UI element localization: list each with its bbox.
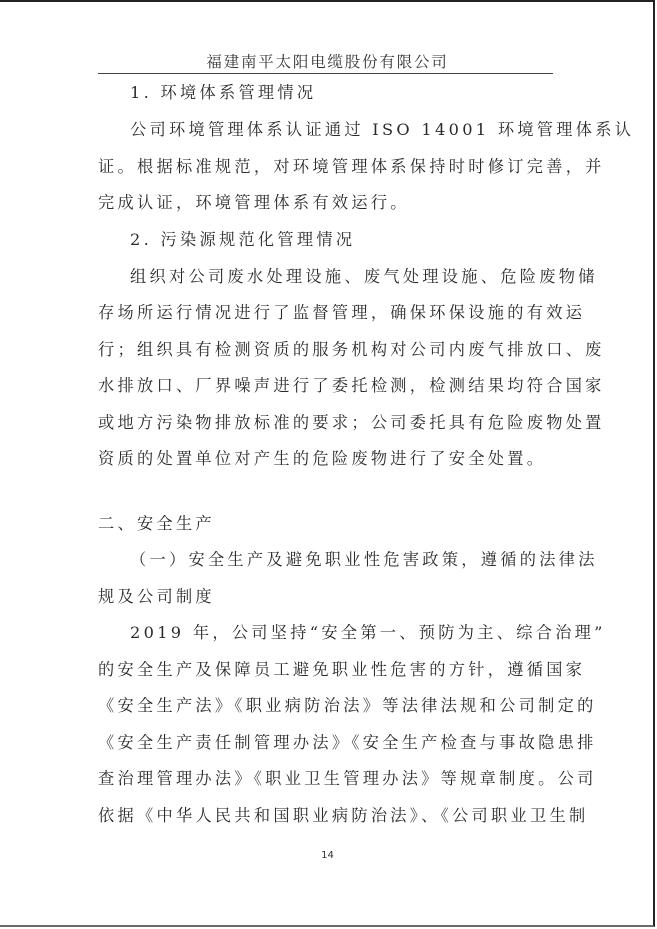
paragraph-line: 证。根据标准规范，对环境管理体系保持时时修订完善，并 [98,156,554,178]
paragraph-line: 依据《中华人民共和国职业病防治法》、《公司职业卫生制 [98,805,554,827]
paragraph-line: 存场所运行情况进行了监督管理，确保环保设施的有效运 [98,302,554,324]
subheading-safety-policy: （一）安全生产及避免职业性危害政策，遵循的法律法 [130,549,586,571]
running-header-company-name: 福建南平太阳电缆股份有限公司 [0,50,655,72]
paragraph-line: 《安全生产责任制管理办法》《安全生产检查与事故隐患排 [98,732,554,754]
paragraph-line: 或地方污染物排放标准的要求；公司委托具有危险废物处置 [98,412,554,434]
subheading-pollution-source: 2. 污染源规范化管理情况 [130,229,586,251]
paragraph-line: 水排放口、厂界噪声进行了委托检测，检测结果均符合国家 [98,375,554,397]
paragraph-line: 查治理管理办法》《职业卫生管理办法》等规章制度。公司 [98,768,554,790]
paragraph-line: 的安全生产及保障员工避免职业性危害的方针，遵循国家 [98,659,554,681]
page-number: 14 [0,850,655,861]
paragraph-line: 2019 年，公司坚持“安全第一、预防为主、综合治理” [130,622,586,644]
paragraph-line: 公司环境管理体系认证通过 ISO 14001 环境管理体系认 [130,119,586,141]
paragraph-line: 《安全生产法》《职业病防治法》等法律法规和公司制定的 [98,695,554,717]
subheading-safety-policy-cont: 规及公司制度 [98,586,554,608]
subheading-environment-system: 1. 环境体系管理情况 [130,82,586,104]
header-divider [98,73,553,74]
paragraph-line: 行；组织具有检测资质的服务机构对公司内废气排放口、废 [98,339,554,361]
paragraph-line: 组织对公司废水处理设施、废气处理设施、危险废物储 [130,266,586,288]
document-page: 福建南平太阳电缆股份有限公司 1. 环境体系管理情况 公司环境管理体系认证通过 … [0,0,655,927]
paragraph-line: 资质的处置单位对产生的危险废物进行了安全处置。 [98,448,554,470]
paragraph-line: 完成认证，环境管理体系有效运行。 [98,192,554,214]
section-heading-safety-production: 二、安全生产 [98,513,554,535]
